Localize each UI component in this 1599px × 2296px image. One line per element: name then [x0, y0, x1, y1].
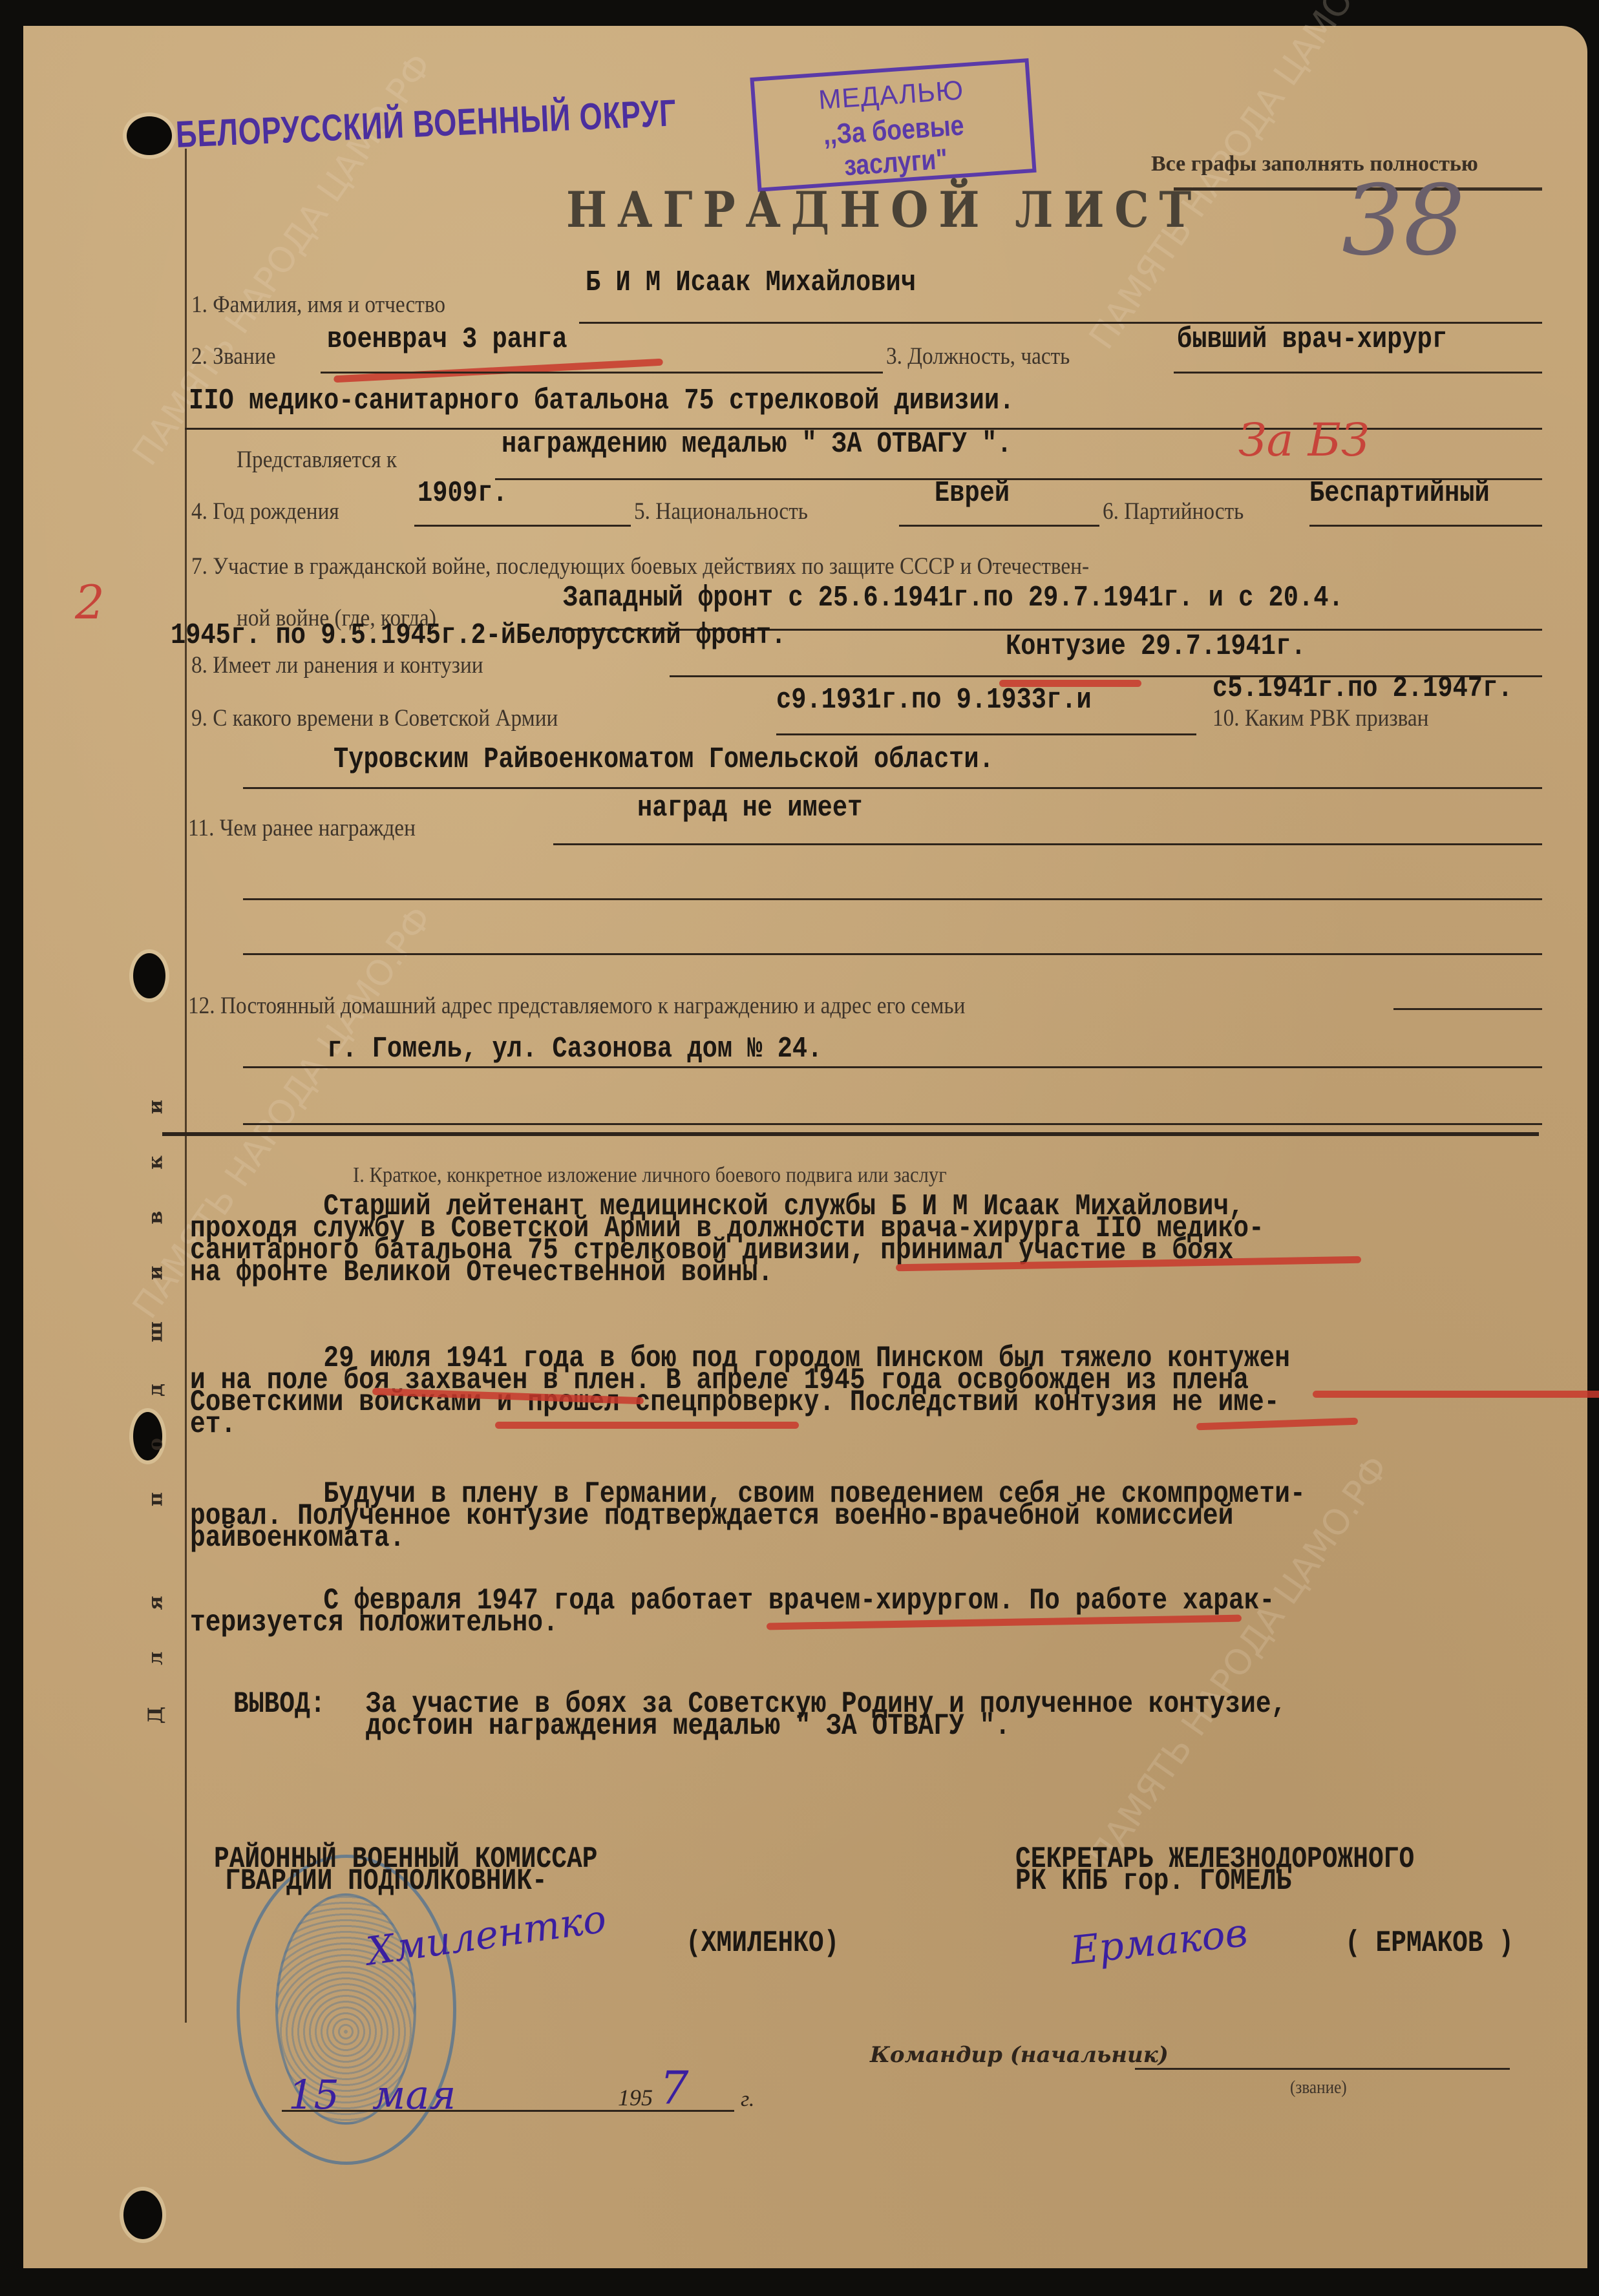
presented-value: награждению медалью " ЗА ОТВАГУ ". [502, 428, 1012, 461]
right-signatory-title: СЕКРЕТАРЬ ЖЕЛЕЗНОДОРОЖНОГО РК КПБ гор. Г… [1015, 1848, 1479, 1892]
field-rule [243, 953, 1542, 955]
date-year-digit: 7 [660, 2061, 689, 2114]
commander-label: Командир (начальник) [870, 2042, 1169, 2068]
field-1-value: Б И М Исаак Михайлович [586, 266, 916, 299]
left-signatory-title: РАЙОННЫЙ ВОЕННЫЙ КОМИССАР ГВАРДИИ ПОДПОЛ… [214, 1848, 660, 1892]
official-seal [237, 1855, 456, 2165]
field-rule [414, 525, 631, 527]
conclusion-line: достоин награждения медалью " ЗА ОТВАГУ … [366, 1715, 1286, 1737]
field-10-label: 10. Каким РВК призван [1212, 704, 1429, 732]
field-9-label: 9. С какого времени в Советской Армии [191, 704, 558, 732]
field-2-value: военврач 3 ранга [327, 323, 567, 356]
punch-hole [123, 2191, 162, 2239]
field-rule [899, 525, 1099, 527]
section-heading: I. Краткое, конкретное изложение личного… [353, 1163, 947, 1188]
field-4-value: 1909г. [418, 477, 507, 510]
section-divider [162, 1132, 1539, 1136]
date-day: 15 [288, 2071, 339, 2118]
field-5-value: Еврей [935, 477, 1010, 510]
field-9-value-cont: с5.1941г.по 2.1947г. [1212, 672, 1512, 705]
medal-stamp: МЕДАЛЬЮ ,,За боевые заслуги" [750, 58, 1036, 192]
rank-caption: (звание) [1290, 2078, 1347, 2098]
right-signature: Ермаков [1068, 1910, 1249, 1974]
field-rule [776, 733, 1196, 735]
field-11-value: наград не имеет [637, 792, 862, 825]
field-8-label: 8. Имеет ли ранения и контузии [191, 651, 483, 679]
field-3-label: 3. Должность, часть [886, 342, 1070, 370]
field-rule [1174, 372, 1542, 374]
field-rule [243, 1066, 1542, 1068]
field-10-value: Туровским Райвоенкоматом Гомельской обла… [334, 743, 994, 776]
field-6-value: Беспартийный [1309, 477, 1490, 510]
left-signatory-name: (ХМИЛЕНКО) [686, 1932, 839, 1954]
field-rule [553, 843, 1542, 845]
date-year-prefix: 195 [618, 2084, 653, 2111]
red-underline [495, 1422, 799, 1429]
field-3-value: бывший врач-хирург [1177, 323, 1447, 356]
presented-label: Представляется к [237, 446, 397, 474]
paragraph-3: Будучи в плену в Германии, своим поведен… [190, 1483, 1487, 1549]
field-3-value-cont: IIO медико-санитарного батальона 75 стре… [189, 384, 1014, 417]
commander-rule [1135, 2068, 1510, 2070]
red-note: За БЗ [1238, 414, 1370, 467]
paragraph-line: Советскими войсками и прошел спецпроверк… [190, 1391, 1290, 1413]
field-7-value-line2: 1945г. по 9.5.1945г.2-йБелорусский фронт… [171, 619, 786, 652]
award-sheet: ПАМЯТЬ НАРОДА ЦАМО.РФ ПАМЯТЬ НАРОДА ЦАМО… [23, 26, 1587, 2268]
conclusion: За участие в боях за Советскую Родину и … [366, 1693, 1436, 1737]
field-1-label: 1. Фамилия, имя и отчество [191, 291, 445, 319]
field-5-label: 5. Национальность [634, 498, 808, 525]
field-rule [243, 787, 1542, 789]
punch-hole [127, 116, 172, 155]
signatory-title-line: РК КПБ гор. ГОМЕЛЬ [1015, 1870, 1414, 1892]
field-7-label-line1: 7. Участие в гражданской войне, последую… [191, 553, 1089, 580]
paragraph-1: Старший лейтенант медицинской службы Б И… [190, 1195, 1439, 1283]
field-12-label: 12. Постоянный домашний адрес представля… [188, 992, 965, 1020]
conclusion-label: ВЫВОД: [233, 1693, 325, 1715]
district-stamp: БЕЛОРУССКИЙ ВОЕННЫЙ ОКРУГ [175, 91, 677, 156]
field-7-value-line1: Западный фронт с 25.6.1941г.по 29.7.1941… [563, 582, 1344, 615]
date-suffix: г. [741, 2087, 754, 2112]
field-rule [1309, 525, 1542, 527]
field-rule [321, 372, 883, 374]
red-underline [1313, 1391, 1599, 1398]
field-2-label: 2. Звание [191, 342, 275, 370]
right-signatory-name: ( ЕРМАКОВ ) [1345, 1932, 1514, 1954]
field-11-label: 11. Чем ранее награжден [188, 814, 416, 842]
red-underline [334, 359, 663, 383]
field-6-label: 6. Партийность [1103, 498, 1244, 525]
binding-label: Для подшивки [117, 808, 195, 1454]
pencil-sheet-number: 38 [1342, 165, 1465, 277]
signatory-title-line: ГВАРДИИ ПОДПОЛКОВНИК- [214, 1870, 598, 1892]
red-margin-mark: 2 [75, 575, 105, 629]
binding-label-text: Для подшивки [145, 1078, 167, 1724]
field-9-value: с9.1931г.по 9.1933г.и [776, 684, 1092, 717]
page-title: НАГРАДНОЙ ЛИСТ [566, 181, 1202, 238]
field-rule [243, 898, 1542, 900]
field-rule [243, 1123, 1542, 1125]
date-month: мая [372, 2071, 456, 2118]
field-4-label: 4. Год рождения [191, 498, 339, 525]
paragraph-line: райвоенкомата. [190, 1527, 1306, 1549]
field-12-value: г. Гомель, ул. Сазонова дом № 24. [327, 1033, 822, 1066]
field-8-value: Контузие 29.7.1941г. [1006, 630, 1306, 663]
field-rule [1393, 1008, 1542, 1010]
medal-stamp-line2: ,,За боевые заслуги" [778, 107, 1012, 187]
